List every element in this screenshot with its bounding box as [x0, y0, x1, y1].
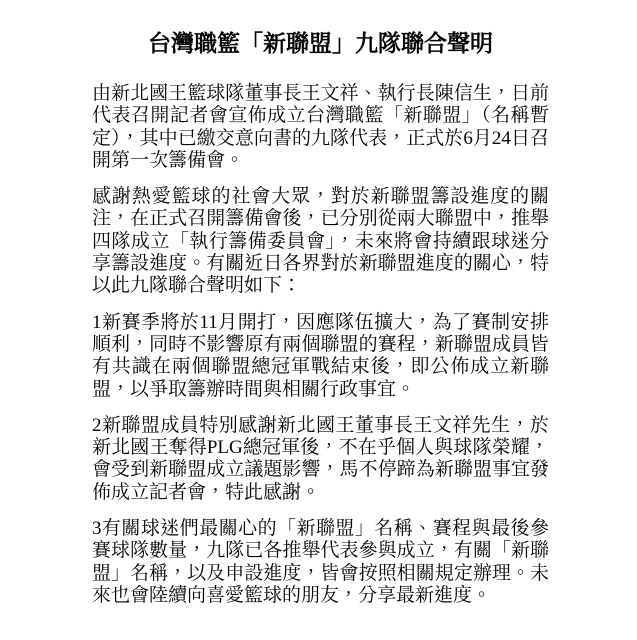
- statement-document: 台灣職籃「新聯盟」九隊聯合聲明 由新北國王籃球隊董事長王文祥、執行長陳信生，日前…: [0, 0, 637, 640]
- paragraph-point-1: 1新賽季將於11月開打，因應隊伍擴大，為了賽制安排順利，同時不影響原有兩個聯盟的…: [92, 312, 549, 401]
- paragraph-point-3: 3有關球迷們最關心的「新聯盟」名稱、賽程與最後參賽球隊數量，九隊已各推舉代表參與…: [92, 518, 549, 607]
- paragraph-intro: 由新北國王籃球隊董事長王文祥、執行長陳信生，日前代表召開記者會宣佈成立台灣職籃「…: [92, 83, 549, 172]
- page-title: 台灣職籃「新聯盟」九隊聯合聲明: [92, 31, 549, 57]
- paragraph-thanks-public: 感謝熱愛籃球的社會大眾，對於新聯盟籌設進度的關注，在正式召開籌備會後，已分別從兩…: [92, 186, 549, 297]
- paragraph-point-2: 2新聯盟成員特別感謝新北國王董事長王文祥先生，於新北國王奪得PLG總冠軍後，不在…: [92, 415, 549, 504]
